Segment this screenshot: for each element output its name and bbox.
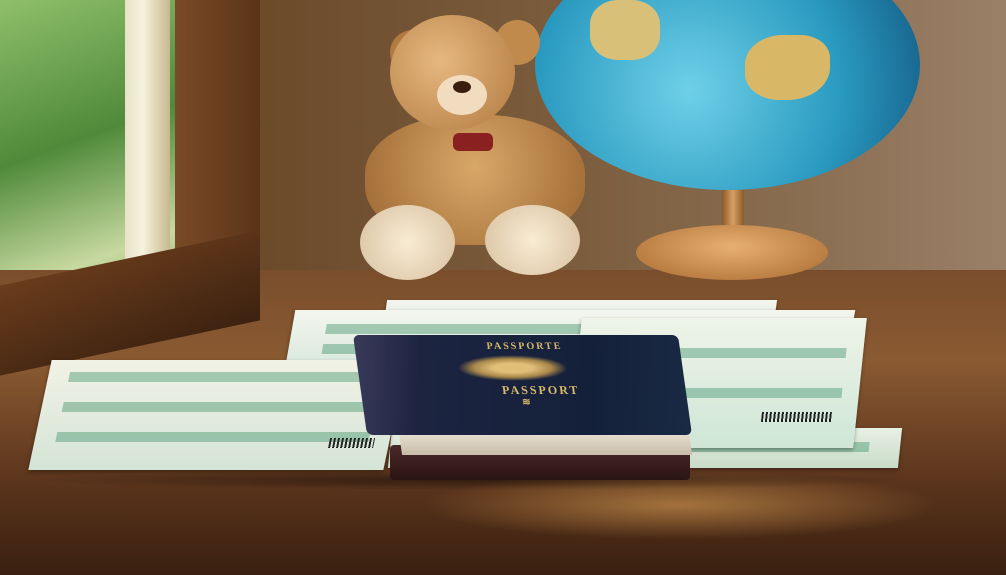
passport-top-text: PASSPORTE xyxy=(424,341,626,352)
passport-cover: PASSPORTE PASSPORT ≋ xyxy=(353,335,692,435)
bear-foot xyxy=(360,205,455,280)
globe-landmass xyxy=(590,0,660,60)
window-frame xyxy=(125,0,170,280)
globe-stem xyxy=(722,190,744,230)
barcode xyxy=(761,412,832,422)
bear-bow xyxy=(453,133,493,151)
passport-title: PASSPORT xyxy=(440,383,642,398)
globe-landmass-australia xyxy=(745,35,830,100)
teddy-bear xyxy=(345,15,600,280)
document-certificate xyxy=(28,360,406,470)
bear-nose xyxy=(453,81,471,93)
photo-scene: PASSPORTE PASSPORT ≋ xyxy=(0,0,1006,575)
coat-of-arms-icon xyxy=(456,355,570,381)
globe-base xyxy=(636,225,828,280)
passport: PASSPORTE PASSPORT ≋ xyxy=(360,335,690,480)
biometric-icon: ≋ xyxy=(507,397,549,408)
bear-foot xyxy=(485,205,580,275)
